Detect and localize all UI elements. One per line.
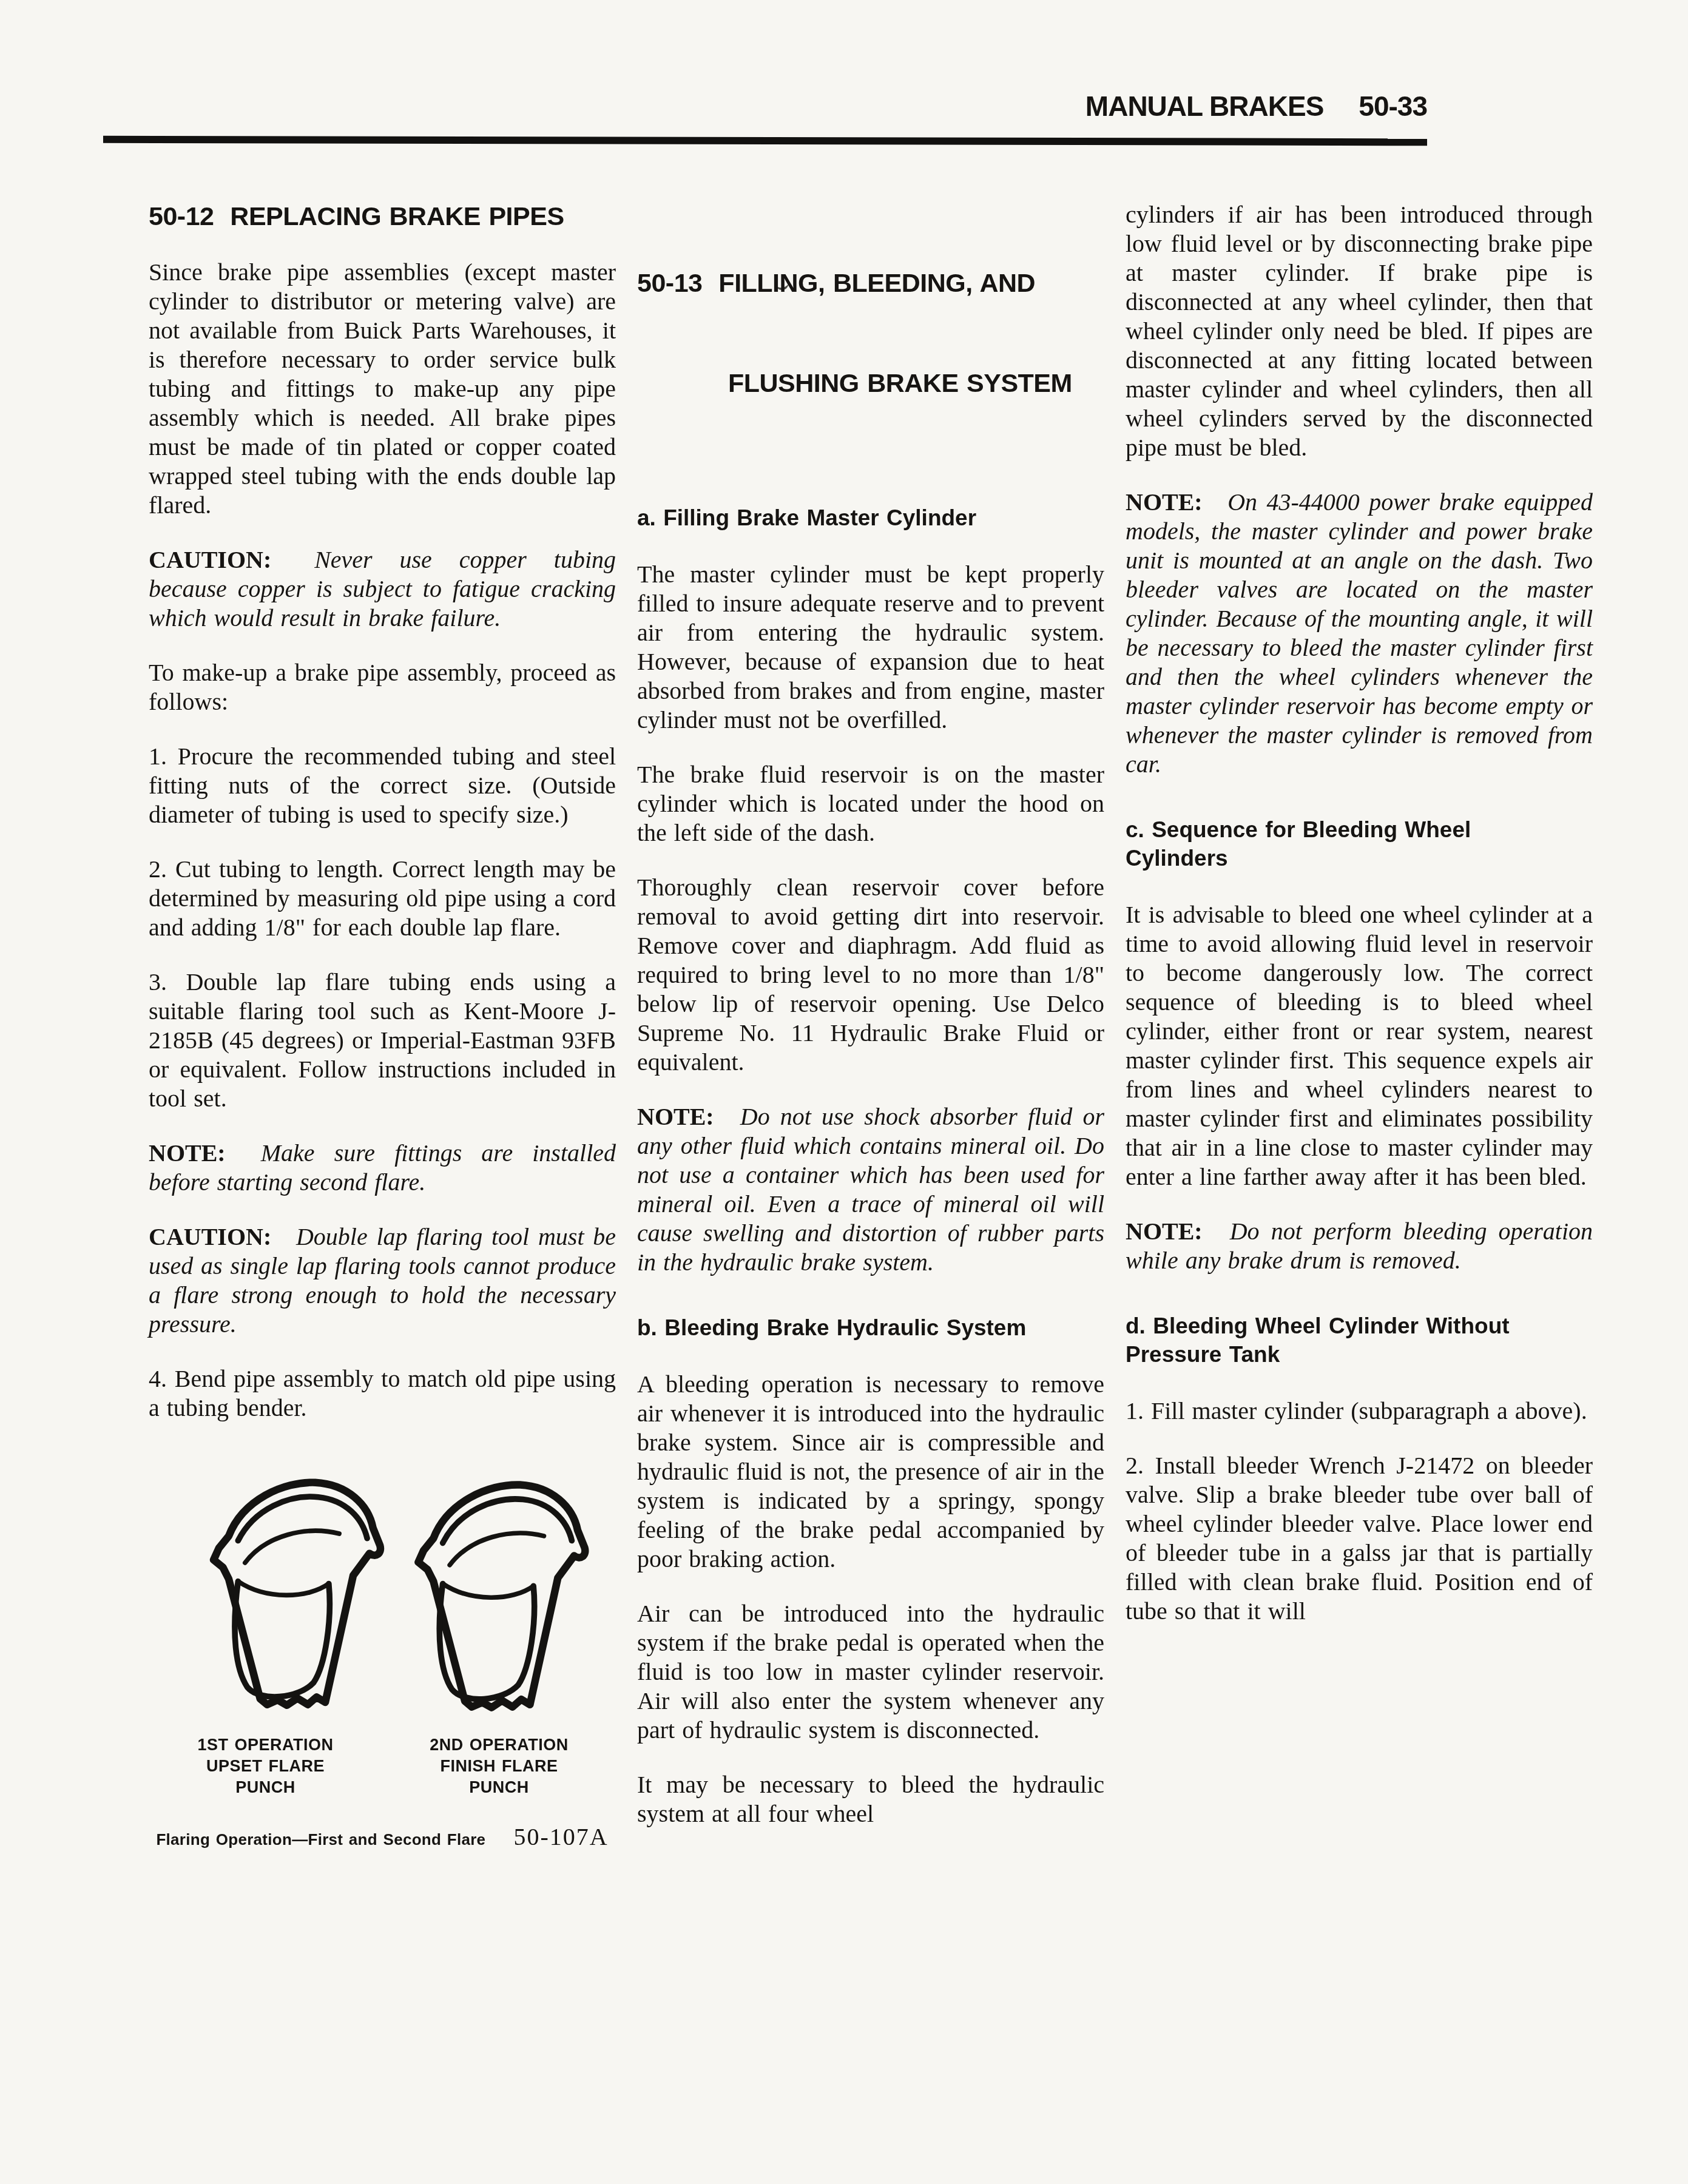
flare-punch-illustration [173,1463,592,1717]
figure-label-line: UPSET FLARE [149,1756,382,1777]
figure-caption-text: Flaring Operation—First and Second Flare [156,1825,485,1854]
list-step: 1. Procure the recommended tubing and st… [149,742,616,829]
flaring-operation-figure: 1ST OPERATION UPSET FLARE PUNCH 2ND OPER… [149,1463,616,1854]
subheading-c: c. Sequence for Bleeding Wheel Cylinders [1126,815,1593,872]
section-heading-50-12: 50-12 REPLACING BRAKE PIPES [149,200,616,234]
column-2: 50-13 FILLING, BLEEDING, AND FLUSHING BR… [637,200,1104,1854]
paragraph: Since brake pipe assemblies (except mast… [149,258,616,520]
list-step: 3. Double lap flare tubing ends using a … [149,968,616,1113]
note-label: NOTE: [1126,1218,1218,1245]
figure-caption: Flaring Operation—First and Second Flare… [149,1822,616,1854]
paragraph: The brake fluid reservoir is on the mast… [637,760,1104,848]
subheading-d: d. Bleeding Wheel Cylinder Without Press… [1126,1312,1593,1369]
note-paragraph: NOTE: Do not perform bleeding operation … [1126,1217,1593,1275]
figure-label-right: 2ND OPERATION FINISH FLARE PUNCH [382,1734,616,1798]
figure-label-line: 1ST OPERATION [149,1734,382,1756]
paragraph: Air can be introduced into the hydraulic… [637,1599,1104,1745]
section-heading-50-13: 50-13 FILLING, BLEEDING, AND FLUSHING BR… [637,200,1104,467]
note-paragraph: NOTE: Make sure fittings are installed b… [149,1139,616,1197]
list-step: 2. Install bleeder Wrench J-21472 on ble… [1126,1451,1593,1626]
note-label: NOTE: [637,1103,730,1130]
note-label: NOTE: [149,1139,241,1167]
subheading-line: Cylinders [1126,844,1593,872]
paragraph: The master cylinder must be kept properl… [637,560,1104,735]
note-text: On 43-44000 power brake equipped models,… [1126,488,1593,778]
paragraph: It may be necessary to bleed the hydraul… [637,1770,1104,1828]
caution-label: CAUTION: [149,1223,287,1250]
list-step: 1. Fill master cylinder (subparagraph a … [1126,1397,1593,1426]
caution-label: CAUTION: [149,546,287,573]
paragraph: It is advisable to bleed one wheel cylin… [1126,900,1593,1191]
caution-paragraph: CAUTION: Double lap flaring tool must be… [149,1222,616,1339]
column-3: cylinders if air has been introduced thr… [1126,200,1593,1651]
section-heading-line: 50-13 FILLING, BLEEDING, AND [637,267,1104,300]
header-page-number: 50-33 [1359,90,1427,123]
paragraph: cylinders if air has been introduced thr… [1126,200,1593,462]
header-title: MANUAL BRAKES [1085,90,1324,123]
subheading-line: Pressure Tank [1126,1340,1593,1369]
figure-labels: 1ST OPERATION UPSET FLARE PUNCH 2ND OPER… [149,1734,616,1798]
subheading-b: b. Bleeding Brake Hydraulic System [637,1313,1104,1342]
list-step: 2. Cut tubing to length. Correct length … [149,855,616,942]
subheading-line: d. Bleeding Wheel Cylinder Without [1126,1312,1593,1340]
note-paragraph: NOTE: Do not use shock absorber fluid or… [637,1102,1104,1277]
figure-label-line: PUNCH [382,1777,616,1798]
column-1: 50-12 REPLACING BRAKE PIPES Since brake … [149,200,616,1854]
paragraph: Thoroughly clean reservoir cover before … [637,873,1104,1077]
subheading-line: c. Sequence for Bleeding Wheel [1126,815,1593,844]
figure-number: 50-107A [513,1822,608,1852]
figure-label-line: FINISH FLARE [382,1756,616,1777]
page-header: MANUAL BRAKES 50-33 [1085,90,1427,123]
note-label: NOTE: [1126,488,1218,516]
figure-label-line: 2ND OPERATION [382,1734,616,1756]
manual-page: MANUAL BRAKES 50-33 50-12 REPLACING BRAK… [0,0,1688,2184]
subheading-a: a. Filling Brake Master Cylinder [637,504,1104,532]
section-heading-line: FLUSHING BRAKE SYSTEM [637,367,1104,400]
header-rule [103,136,1427,146]
paragraph: To make-up a brake pipe assembly, procee… [149,658,616,716]
figure-label-left: 1ST OPERATION UPSET FLARE PUNCH [149,1734,382,1798]
paragraph: A bleeding operation is necessary to rem… [637,1370,1104,1574]
caution-paragraph: CAUTION: Never use copper tubing because… [149,545,616,633]
figure-label-line: PUNCH [149,1777,382,1798]
note-paragraph: NOTE: On 43-44000 power brake equipped m… [1126,488,1593,779]
list-step: 4. Bend pipe assembly to match old pipe … [149,1364,616,1423]
